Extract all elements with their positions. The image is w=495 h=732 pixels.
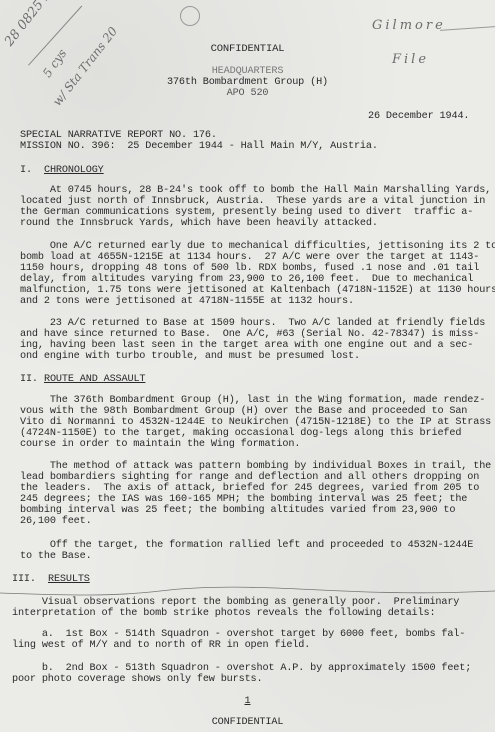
text-line: bombing interval was 25 feet; the bombin… [20, 505, 480, 516]
classification-top: CONFIDENTIAL [0, 44, 495, 55]
text-line: lead bombardiers sighting for range and … [20, 472, 480, 483]
classification-bottom: CONFIDENTIAL [0, 717, 495, 728]
section-2-number: II. [20, 374, 38, 385]
section-2-heading: ROUTE AND ASSAULT [44, 374, 145, 385]
section-3-paragraph-1: Visual observations report the bombing a… [12, 597, 472, 619]
document-page: 28 0825 Dec 5 cys w/ Sta Trans 20 Gilmor… [0, 0, 495, 732]
handwritten-underline [440, 26, 495, 31]
text-line: ing, having been last seen in the target… [20, 340, 480, 351]
text-line: Off the target, the formation rallied le… [20, 540, 480, 551]
text-line: a. 1st Box - 514th Squadron - overshot t… [12, 629, 472, 640]
text-line: delay, from altitudes varying from 23,90… [20, 274, 480, 285]
section-3-item-b: b. 2nd Box - 513th Squadron - overshot A… [12, 663, 472, 685]
unit-line-1: HEADQUARTERS [0, 66, 495, 77]
text-line: course in order to maintain the Wing for… [20, 439, 480, 450]
section-2-paragraph-2: The method of attack was pattern bombing… [20, 461, 480, 527]
text-line: bomb load at 4655N-1215E at 1134 hours. … [20, 252, 480, 263]
unit-line-2: 376th Bombardment Group (H) [0, 77, 495, 88]
text-line: 23 A/C returned to Base at 1509 hours. T… [20, 318, 480, 329]
unit-line-3: APO 520 [0, 88, 495, 99]
text-line: poor photo coverage shows only few burst… [12, 674, 472, 685]
section-3-number: III. [12, 574, 36, 585]
text-line: ond engine with turbo trouble, and must … [20, 351, 480, 362]
section-2-paragraph-3: Off the target, the formation rallied le… [20, 540, 480, 562]
text-line: round the Innsbruck Yards, which have be… [20, 218, 480, 229]
section-1-heading: CHRONOLOGY [44, 165, 104, 176]
text-line: and 2 tons were jettisoned at 4718N-1155… [20, 296, 480, 307]
section-1-number: I. [20, 165, 32, 176]
handwritten-circle [180, 6, 200, 26]
section-3-item-a: a. 1st Box - 514th Squadron - overshot t… [12, 629, 472, 651]
handwritten-note-name: Gilmore [372, 18, 446, 33]
text-line: 1150 hours, dropping 48 tons of 500 lb. … [20, 263, 480, 274]
text-line: Visual observations report the bombing a… [12, 597, 472, 608]
text-line: 26,100 feet. [20, 516, 480, 527]
section-1-paragraph-2: One A/C returned early due to mechanical… [20, 241, 480, 307]
report-date: 26 December 1944. [368, 111, 469, 122]
text-line: located just north of Innsbruck, Austria… [20, 196, 480, 207]
page-number: 1 [0, 696, 495, 707]
text-line: b. 2nd Box - 513th Squadron - overshot A… [12, 663, 472, 674]
text-line: (4724N-1150E) to the target, making occa… [20, 428, 480, 439]
text-line: to the Base. [20, 551, 480, 562]
text-line: Vito di Normanni to 4532N-1244E to Neuki… [20, 417, 480, 428]
section-2-paragraph-1: The 376th Bombardment Group (H), last in… [20, 395, 480, 450]
text-line: and have since returned to Base. One A/C… [20, 329, 480, 340]
report-title: SPECIAL NARRATIVE REPORT NO. 176. [20, 130, 217, 141]
section-1-paragraph-3: 23 A/C returned to Base at 1509 hours. T… [20, 318, 480, 362]
handwritten-note-date: 28 0825 Dec [2, 0, 65, 49]
text-line: vous with the 98th Bombardment Group (H)… [20, 406, 480, 417]
text-line: the leaders. The axis of attack, briefed… [20, 483, 480, 494]
section-3-heading: RESULTS [48, 574, 90, 585]
text-line: the German communications system, presen… [20, 207, 480, 218]
text-line: The 376th Bombardment Group (H), last in… [20, 395, 480, 406]
text-line: ling west of M/Y and to north of RR in o… [12, 640, 472, 651]
text-line: One A/C returned early due to mechanical… [20, 241, 480, 252]
text-line: malfunction, 1.75 tons were jettisoned a… [20, 285, 480, 296]
text-line: interpretation of the bomb strike photos… [12, 608, 472, 619]
text-line: The method of attack was pattern bombing… [20, 461, 480, 472]
mission-title: MISSION NO. 396: 25 December 1944 - Hall… [20, 141, 378, 152]
text-line: 245 degrees; the IAS was 160-165 MPH; th… [20, 494, 480, 505]
section-1-paragraph-1: At 0745 hours, 28 B-24's took off to bom… [20, 185, 480, 229]
paper-fold-line [0, 585, 495, 597]
text-line: At 0745 hours, 28 B-24's took off to bom… [20, 185, 480, 196]
